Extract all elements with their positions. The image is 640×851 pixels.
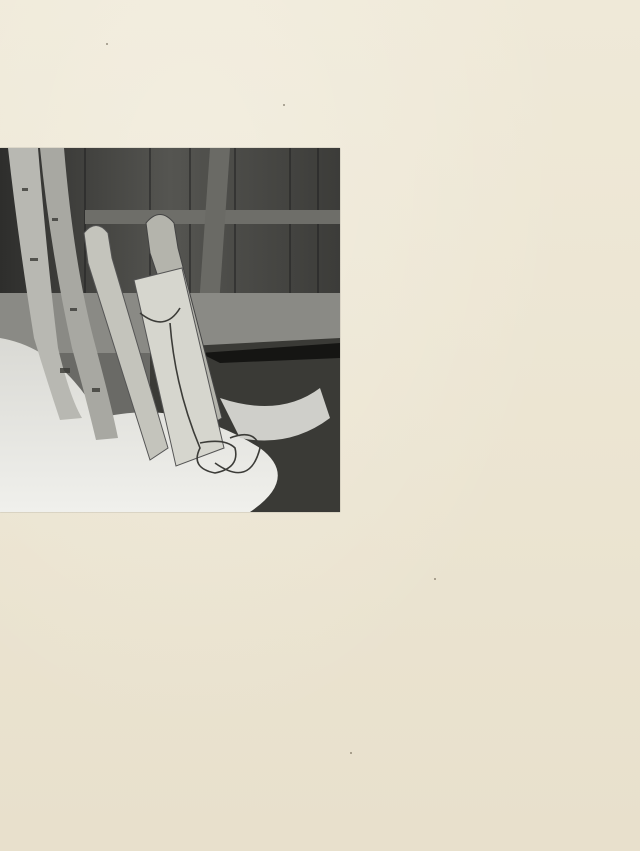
paper-speck bbox=[106, 43, 108, 45]
mounted-photograph bbox=[0, 148, 340, 512]
photo-image bbox=[0, 148, 340, 512]
paper-speck bbox=[283, 104, 285, 106]
paper-speck bbox=[350, 752, 352, 754]
paper-speck bbox=[434, 578, 436, 580]
